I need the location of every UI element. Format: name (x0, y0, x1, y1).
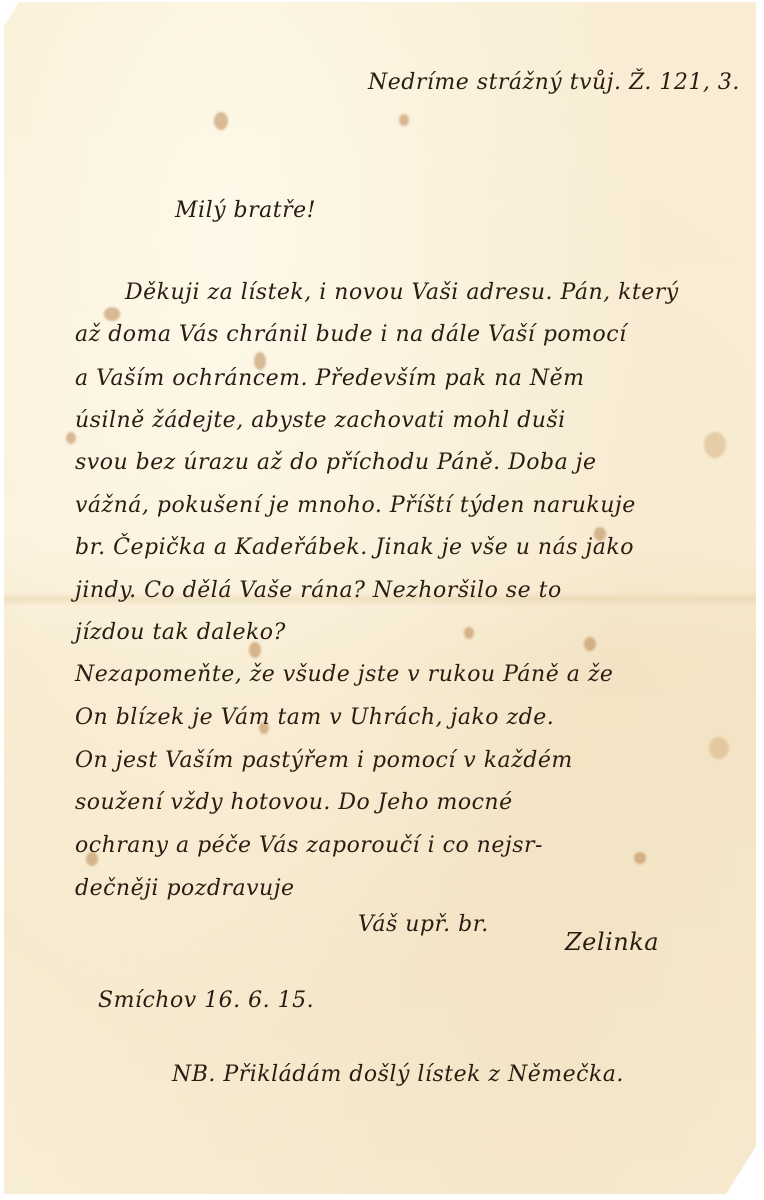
body-line-6: vážná, pokušení je mnoho. Příští týden n… (75, 493, 636, 518)
body-line-8: jindy. Co dělá Vaše rána? Nezhoršilo se … (75, 578, 562, 603)
body-line-13: soužení vždy hotovou. Do Jeho mocné (75, 790, 513, 815)
closing: Váš upř. br. (358, 912, 489, 937)
stain (709, 737, 729, 759)
body-line-10: Nezapomeňte, že všude jste v rukou Páně … (75, 662, 613, 687)
body-line-3: a Vaším ochráncem. Především pak na Něm (75, 366, 584, 391)
body-line-1: Děkuji za lístek, i novou Vaši adresu. P… (125, 280, 679, 305)
stain (104, 307, 120, 321)
body-line-12: On jest Vaším pastýřem i pomocí v každém (75, 748, 573, 773)
stain (584, 637, 596, 651)
stain (66, 432, 76, 444)
body-line-11: On blízek je Vám tam v Uhrách, jako zde. (75, 705, 554, 730)
scripture-reference: Nedríme strážný tvůj. Ž. 121, 3. (368, 70, 740, 95)
postscript: NB. Přikládám došlý lístek z Němečka. (172, 1062, 624, 1087)
body-line-15: dečněji pozdravuje (75, 876, 295, 901)
body-line-4: úsilně žádejte, abyste zachovati mohl du… (75, 408, 566, 433)
stain (704, 432, 726, 458)
body-line-5: svou bez úrazu až do příchodu Páně. Doba… (75, 450, 597, 475)
body-line-2: až doma Vás chránil bude i na dále Vaší … (75, 322, 627, 347)
body-line-9: jízdou tak daleko? (75, 620, 286, 645)
body-line-7: br. Čepička a Kadeřábek. Jinak je vše u … (75, 535, 634, 560)
place-date: Smíchov 16. 6. 15. (98, 988, 314, 1013)
salutation: Milý bratře! (175, 198, 316, 223)
signature: Zelinka (565, 928, 659, 956)
body-line-14: ochrany a péče Vás zaporoučí i co nejsr- (75, 833, 543, 858)
stain (399, 114, 409, 126)
stain (464, 627, 474, 639)
stain (634, 852, 646, 864)
stain (214, 112, 228, 130)
